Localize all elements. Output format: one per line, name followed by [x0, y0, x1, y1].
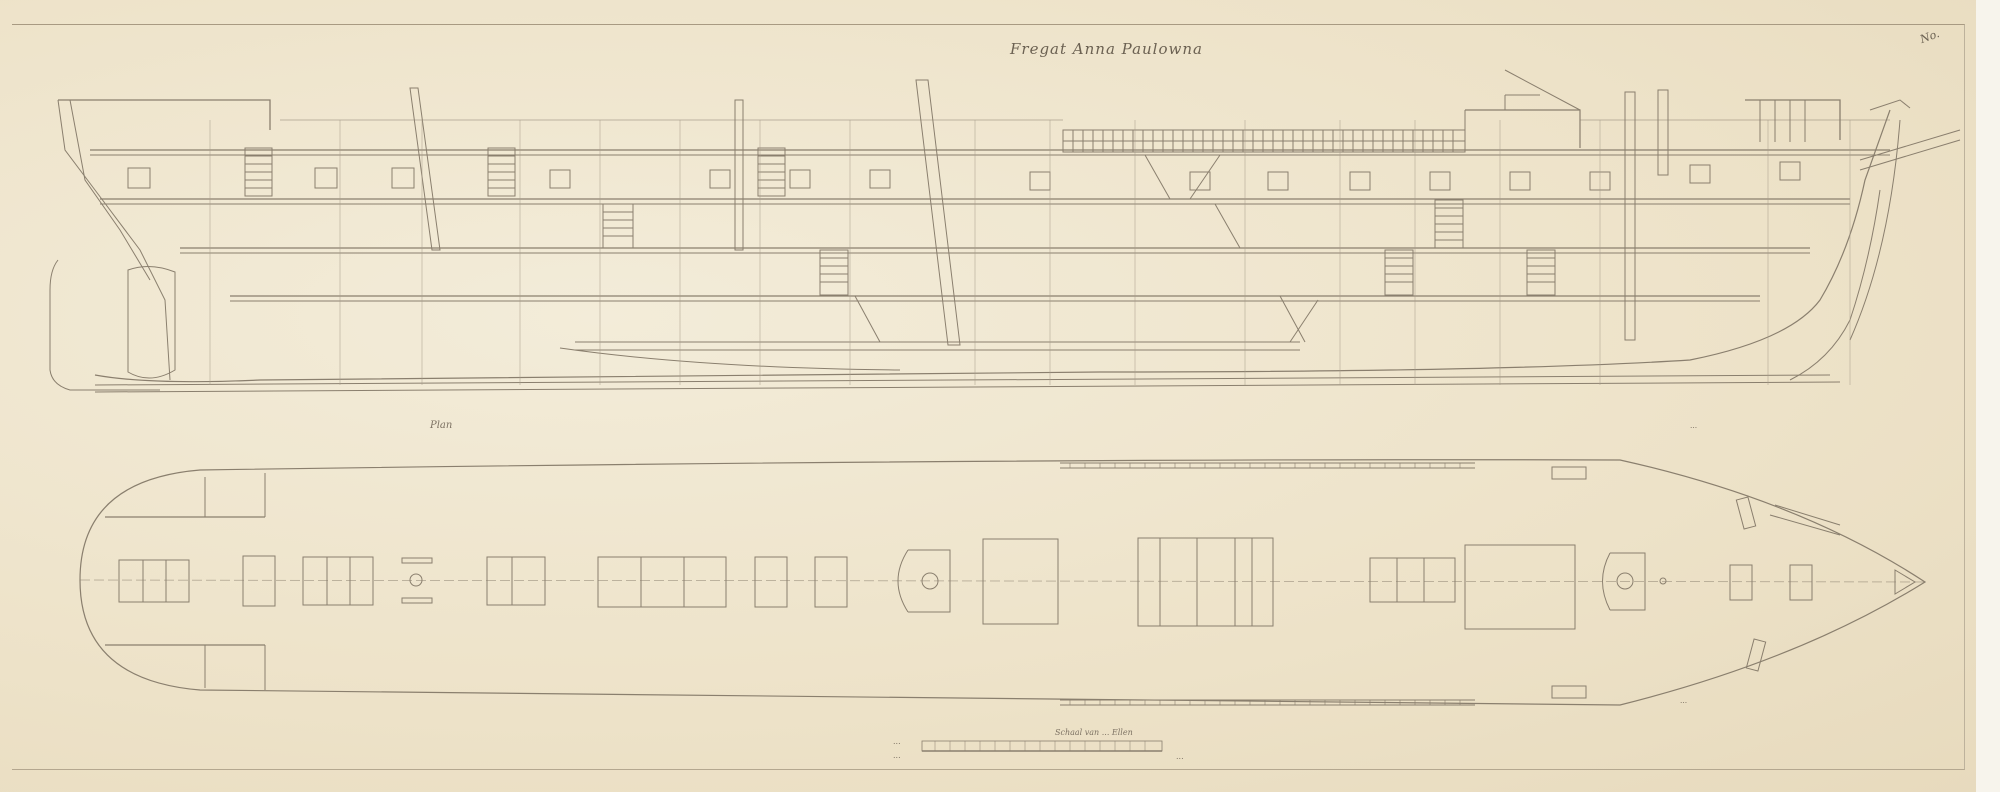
scale-caption: Schaal van ... Ellen: [1055, 728, 1133, 737]
longitudinal-section: [50, 70, 1960, 392]
deck-plan: [80, 460, 1925, 705]
scale-right-label: ...: [1176, 752, 1184, 761]
scale-bar: [922, 741, 1162, 751]
ship-drawing: [0, 0, 2000, 792]
scale-left-label-bottom: ...: [893, 751, 901, 760]
gunports: [128, 162, 1800, 190]
deck-plan-label: Plan: [430, 420, 452, 431]
right-note-1: ...: [1690, 420, 1697, 431]
right-note-2: ...: [1680, 695, 1687, 706]
scale-left-label-top: ...: [893, 737, 901, 746]
ladders: [245, 148, 1555, 295]
